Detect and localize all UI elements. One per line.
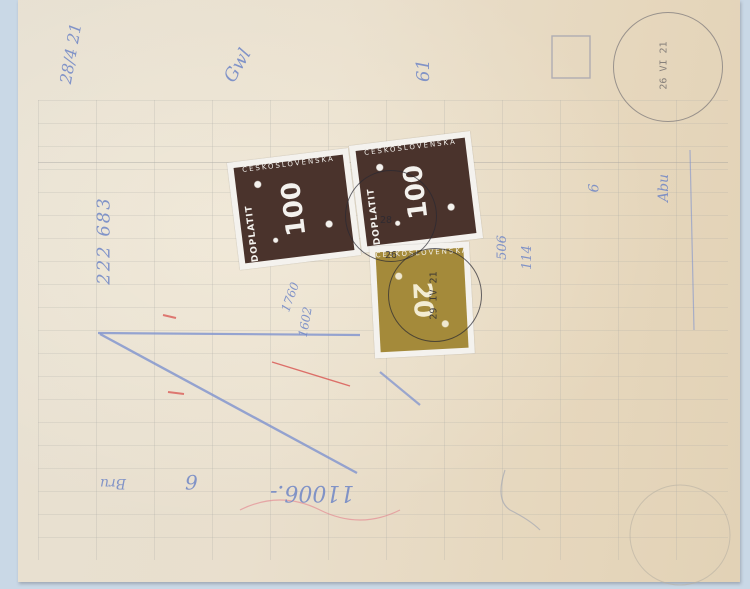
handwritten-number: 61 [413, 59, 434, 82]
handwritten-note: Abu [656, 174, 672, 202]
postmark-date: 29 IV 21 [429, 271, 440, 319]
handwritten-count: 6 [185, 470, 198, 494]
stamp-denomination: 100 [276, 180, 312, 238]
postmark-date: 28 [380, 215, 392, 226]
handwritten-note: 6 [586, 184, 602, 193]
postage-due-stamp-100: ČESKOSLOVENSKÁ DOPLATIT 100 [227, 148, 361, 270]
handwritten-total: 11006.- [270, 480, 354, 505]
handwritten-right-column-1: 506 [495, 235, 510, 260]
handwritten-note-bottom: Bru [100, 475, 126, 491]
postmark-date: 26 [385, 250, 397, 261]
handwritten-right-column-2: 114 [520, 245, 535, 270]
handwritten-left-column: 222 683 [94, 196, 115, 284]
stamp-word: DOPLATIT [240, 166, 262, 263]
postmark-date: 26 VI 21 [659, 41, 670, 89]
